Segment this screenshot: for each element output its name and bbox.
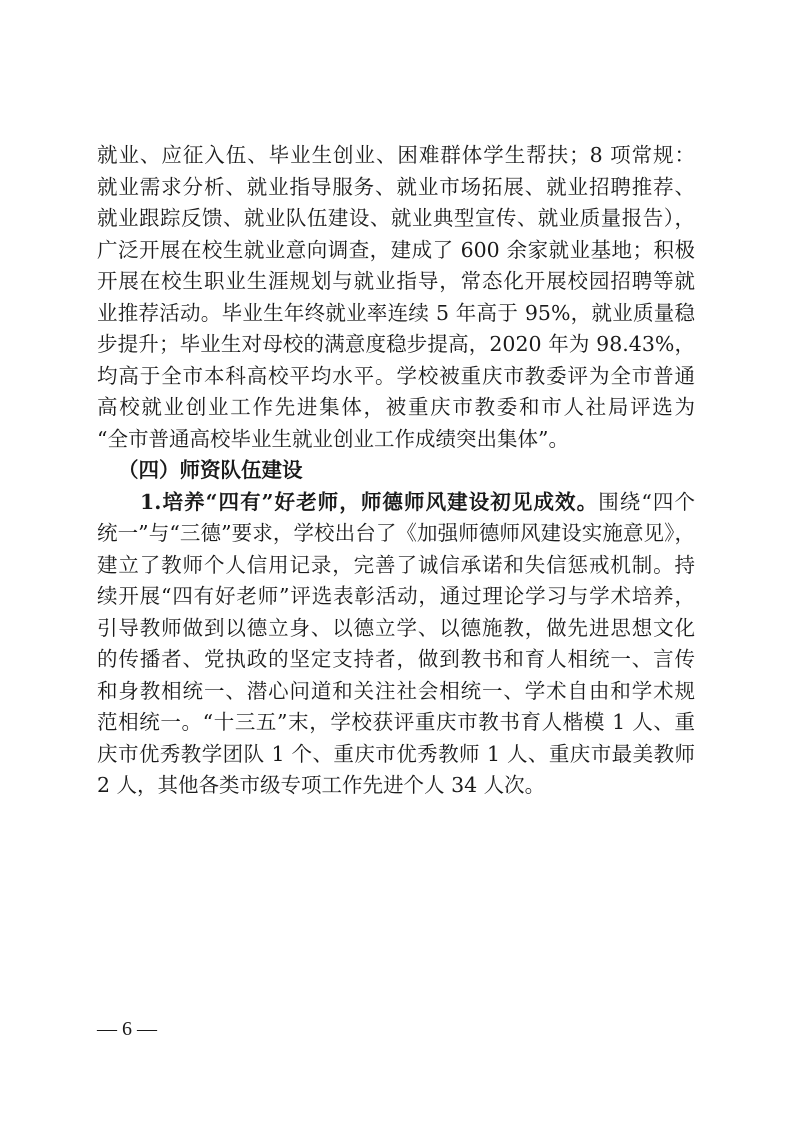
paragraph-lead-line: 1.培养“四有”好老师，师德师风建设初见成效。围绕“四个	[140, 487, 695, 518]
text-line: 2 人，其他各类市级专项工作先进个人 34 人次。	[97, 770, 695, 801]
paragraph-lead-rest: 围绕“四个	[598, 490, 695, 514]
text-line: 和身教相统一、潜心问道和关注社会相统一、学术自由和学术规	[97, 676, 695, 707]
text-line: 广泛开展在校生就业意向调查，建成了 600 余家就业基地；积极	[97, 235, 695, 266]
text-line: 就业需求分析、就业指导服务、就业市场拓展、就业招聘推荐、	[97, 172, 695, 203]
text-line: 建立了教师个人信用记录，完善了诚信承诺和失信惩戒机制。持	[97, 550, 695, 581]
text-line: 庆市优秀教学团队 1 个、重庆市优秀教师 1 人、重庆市最美教师	[97, 739, 695, 770]
text-line: 步提升；毕业生对母校的满意度稳步提高，2020 年为 98.43%，	[97, 329, 695, 360]
text-line: 均高于全市本科高校平均水平。学校被重庆市教委评为全市普通	[97, 361, 695, 392]
section-heading: （四）师资队伍建设	[118, 455, 673, 486]
text-line: 范相统一。“十三五”末，学校获评重庆市教书育人楷模 1 人、重	[97, 707, 695, 738]
text-line: 统一”与“三德”要求，学校出台了《加强师德师风建设实施意见》，	[97, 518, 695, 549]
text-line: 业推荐活动。毕业生年终就业率连续 5 年高于 95%，就业质量稳	[97, 298, 695, 329]
text-line: 续开展“四有好老师”评选表彰活动，通过理论学习与学术培养，	[97, 581, 695, 612]
page-number: — 6 —	[97, 1016, 157, 1042]
text-line: 高校就业创业工作先进集体，被重庆市教委和市人社局评选为	[97, 392, 695, 423]
text-line: “全市普通高校毕业生就业创业工作成绩突出集体”。	[97, 424, 695, 455]
text-line: 的传播者、党执政的坚定支持者，做到教书和育人相统一、言传	[97, 644, 695, 675]
text-line: 开展在校生职业生涯规划与就业指导，常态化开展校园招聘等就	[97, 266, 695, 297]
text-line: 就业跟踪反馈、就业队伍建设、就业典型宣传、就业质量报告），	[97, 203, 695, 234]
paragraph-lead-bold: 1.培养“四有”好老师，师德师风建设初见成效。	[140, 490, 598, 514]
text-line: 引导教师做到以德立身、以德立学、以德施教，做先进思想文化	[97, 613, 695, 644]
text-line: 就业、应征入伍、毕业生创业、困难群体学生帮扶；8 项常规：	[97, 140, 695, 171]
document-page: 就业、应征入伍、毕业生创业、困难群体学生帮扶；8 项常规： 就业需求分析、就业指…	[0, 0, 793, 1122]
